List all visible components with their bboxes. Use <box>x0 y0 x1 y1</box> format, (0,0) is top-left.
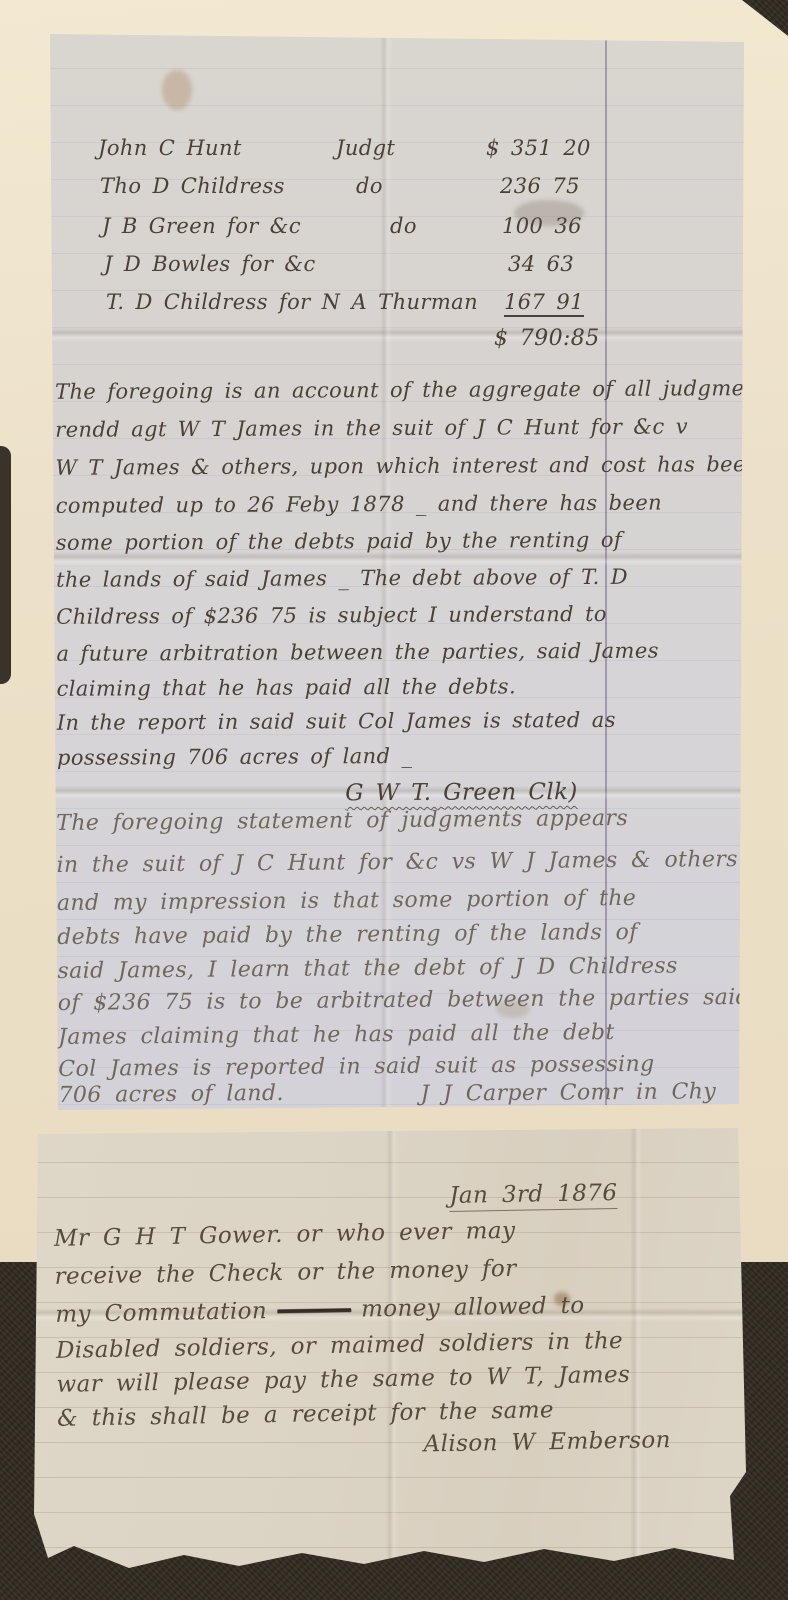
letter-line: & this shall be a receipt for the same <box>57 1397 554 1432</box>
letter-line: Disabled soldiers, or maimed soldiers in… <box>56 1328 624 1364</box>
account-document-sheet: John C Hunt Judgt $ 351 20 Tho D Childre… <box>44 32 746 1110</box>
note-line: Col James is reported in said suit as po… <box>58 1052 654 1082</box>
receipt-letter-sheet: Jan 3rd 1876 Mr G H T Gower. or who ever… <box>34 1128 746 1572</box>
letter-date: Jan 3rd 1876 <box>449 1180 618 1212</box>
letter-text: money allowed to <box>361 1293 585 1323</box>
note-line: debts have paid by the renting of the la… <box>57 920 638 950</box>
letter-line-commutation: my Commutationmoney allowed to <box>55 1293 585 1328</box>
note-line: said James, I learn that the debt of J D… <box>57 954 677 984</box>
note-line: in the suit of J C Hunt for &c vs W J Ja… <box>56 847 738 878</box>
background-notch <box>0 446 11 684</box>
letter-line: receive the Check or the money for <box>54 1256 516 1290</box>
note-line: 706 acres of land. <box>58 1081 283 1108</box>
receipt-letter-text: Jan 3rd 1876 Mr G H T Gower. or who ever… <box>34 1128 746 1572</box>
note-line: The foregoing statement of judgments app… <box>56 806 628 836</box>
note-line: of $236 75 is to be arbitrated between t… <box>58 985 746 1016</box>
photograph-of-documents: { "scene": { "description": "Photograph … <box>0 0 788 1600</box>
commissioner-note: The foregoing statement of judgments app… <box>44 32 746 1110</box>
letter-signature: Alison W Emberson <box>423 1427 671 1457</box>
struck-out-word <box>277 1306 351 1317</box>
letter-line: war will please pay the same to W T, Jam… <box>56 1362 630 1398</box>
commissioner-signature: J J Carper Comr in Chy <box>420 1079 716 1107</box>
letter-text: my Commutation <box>55 1298 267 1328</box>
note-line: and my impression is that some portion o… <box>57 886 637 916</box>
letter-line: Mr G H T Gower. or who ever may <box>54 1218 516 1252</box>
note-line: James claiming that he has paid all the … <box>58 1020 615 1050</box>
